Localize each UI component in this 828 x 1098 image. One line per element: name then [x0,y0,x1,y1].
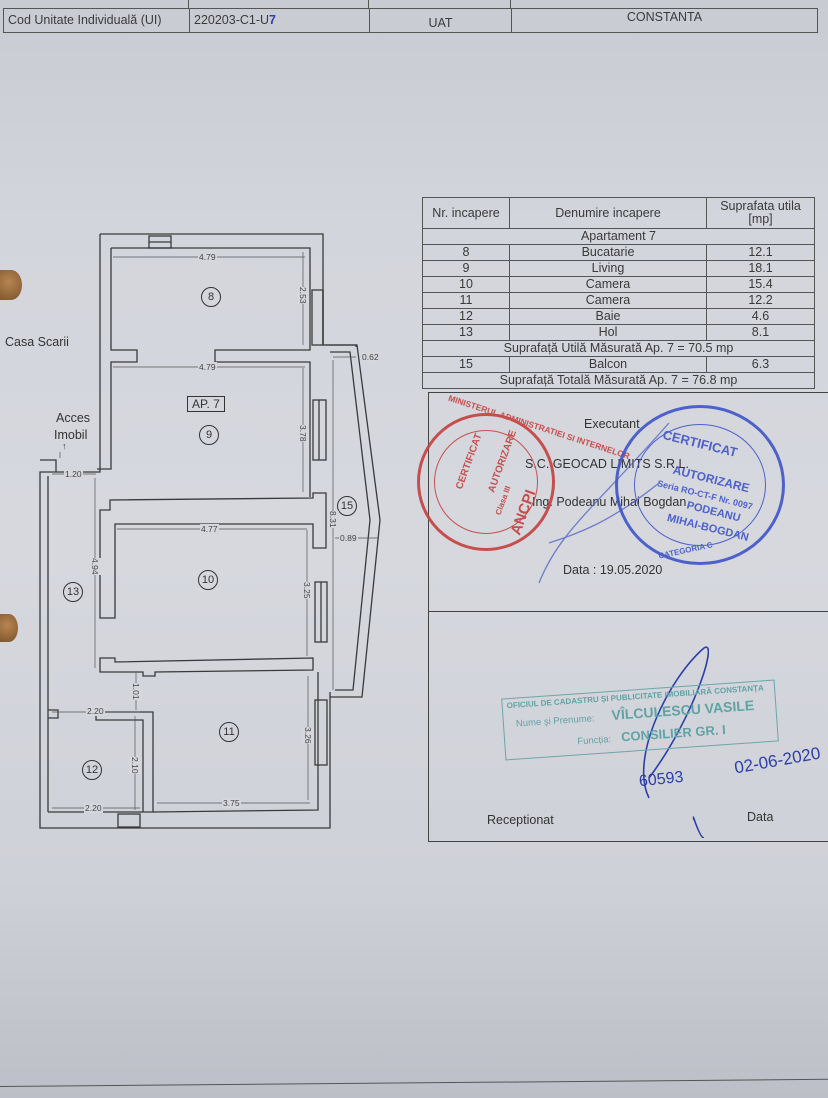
room-number-15: 15 [337,496,357,516]
dim-hall-width: 1.20 [64,469,83,479]
table-row: 13Hol8.1 [423,325,815,341]
total-row: Suprafață Totală Măsurată Ap. 7 = 76.8 m… [423,373,815,389]
dim-r8-height: 2.53 [297,287,309,304]
received-label: Receptionat [487,813,554,827]
dim-r9-width: 4.79 [198,362,217,372]
table-row-balcony: 15 Balcon 6.3 [423,357,815,373]
dim-r12-width-bottom: 2.20 [84,803,103,813]
cell-area: 18.1 [707,261,815,277]
room-number-8: 8 [201,287,221,307]
cell-area: 8.1 [707,325,815,341]
group-title: Apartament 7 [423,229,815,245]
cell-nr: 12 [423,309,510,325]
signature-box: Executant S.C. GEOCAD LIMITS S.R.L. Ing.… [428,392,828,842]
executant-signature [519,423,679,593]
cell-area: 6.3 [707,357,815,373]
table-row: 12Baie4.6 [423,309,815,325]
room-number-12: 12 [82,760,102,780]
floor-plan: Casa Scarii Acces Imobil ↑ AP. 7 8 9 10 … [0,0,420,860]
room-number-10: 10 [198,570,218,590]
col-header-name: Denumire incapere [510,198,707,229]
cell-name: Hol [510,325,707,341]
cell-nr: 10 [423,277,510,293]
table-row: 9Living18.1 [423,261,815,277]
uat-value: CONSTANTA [512,8,817,32]
cell-area: 12.2 [707,293,815,309]
dim-balcony-top: 0.62 [361,352,380,362]
dim-corridor: 1.01 [130,683,142,700]
cell-nr: 15 [423,357,510,373]
dim-r10-height: 3.25 [301,582,313,599]
cell-area: 15.4 [707,277,815,293]
page-bottom-border [0,1079,828,1087]
dim-balcony-mid: 0.89 [339,533,358,543]
dim-r9-height: 3.78 [297,425,309,442]
table-row: 8Bucatarie12.1 [423,245,815,261]
cell-name: Camera [510,293,707,309]
cell-name: Balcon [510,357,707,373]
section-divider [429,611,828,612]
dim-r12-width-top: 2.20 [86,706,105,716]
cell-nr: 8 [423,245,510,261]
apartment-label: AP. 7 [187,396,225,412]
subtotal-row: Suprafață Utilă Măsurată Ap. 7 = 70.5 mp [423,341,815,357]
dim-r11-width: 3.75 [222,798,241,808]
col-header-nr: Nr. incapere [423,198,510,229]
cell-nr: 9 [423,261,510,277]
access-label-2: Imobil [54,428,87,442]
access-label-1: Acces [56,411,90,425]
room-number-11: 11 [219,722,239,742]
room-number-9: 9 [199,425,219,445]
cell-name: Bucatarie [510,245,707,261]
table-row: 11Camera12.2 [423,293,815,309]
cell-nr: 13 [423,325,510,341]
reception-date-stamp: 02-06-2020 [733,744,822,779]
ocpi-stamp: OFICIUL DE CADASTRU ȘI PUBLICITATE IMOBI… [501,680,779,761]
dim-r8-width: 4.79 [198,252,217,262]
cell-area: 4.6 [707,309,815,325]
cell-name: Baie [510,309,707,325]
room-number-13: 13 [63,582,83,602]
dim-r10-width: 4.77 [200,524,219,534]
dim-hall-height: 4.94 [89,558,101,575]
cell-name: Camera [510,277,707,293]
table-row: 10Camera15.4 [423,277,815,293]
date-label: Data [747,810,773,824]
dim-balcony-length: 8.31 [327,511,339,528]
access-arrow-icon: ↑ [62,441,67,451]
dim-r11-height: 3.26 [302,727,314,744]
dim-r12-height: 2.10 [129,757,141,774]
stair-label: Casa Scarii [5,335,69,349]
room-area-table: Nr. incapere Denumire incapere Suprafata… [422,197,815,389]
cell-nr: 11 [423,293,510,309]
cell-area: 12.1 [707,245,815,261]
cell-name: Living [510,261,707,277]
col-header-area: Suprafata utila [mp] [707,198,815,229]
